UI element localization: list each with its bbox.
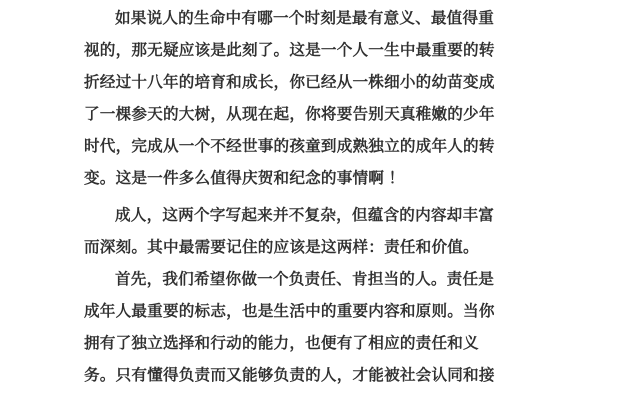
document-text-column: 如果说人的生命中有哪一个时刻是最有意义、最值得重视的，那无疑应该是此刻了。这是一… [84, 3, 524, 392]
text-line: 视的，那无疑应该是此刻了。这是一个人一生中最重要的转 [84, 35, 524, 67]
text-line: 折经过十八年的培育和成长，你已经从一株细小的幼苗变成 [84, 67, 524, 99]
document-page: 如果说人的生命中有哪一个时刻是最有意义、最值得重视的，那无疑应该是此刻了。这是一… [0, 0, 640, 400]
text-line: 首先，我们希望你做一个负责任、肯担当的人。责任是 [84, 264, 524, 296]
text-line: 成年人最重要的标志，也是生活中的重要内容和原则。当你 [84, 296, 524, 328]
text-line: 如果说人的生命中有哪一个时刻是最有意义、最值得重 [84, 3, 524, 35]
text-line: 成人，这两个字写起来并不复杂，但蕴含的内容却丰富 [84, 200, 524, 232]
paragraph: 首先，我们希望你做一个负责任、肯担当的人。责任是成年人最重要的标志，也是生活中的… [84, 264, 524, 392]
text-line: 而深刻。其中最需要记住的应该是这两样：责任和价值。 [84, 232, 524, 264]
text-line: 拥有了独立选择和行动的能力，也便有了相应的责任和义 [84, 328, 524, 360]
paragraph: 成人，这两个字写起来并不复杂，但蕴含的内容却丰富而深刻。其中最需要记住的应该是这… [84, 200, 524, 264]
text-line: 时代，完成从一个不经世事的孩童到成熟独立的成年人的转 [84, 131, 524, 163]
paragraph: 如果说人的生命中有哪一个时刻是最有意义、最值得重视的，那无疑应该是此刻了。这是一… [84, 3, 524, 195]
text-line: 务。只有懂得负责而又能够负责的人，才能被社会认同和接 [84, 360, 524, 392]
text-line: 了一棵参天的大树，从现在起，你将要告别天真稚嫩的少年 [84, 99, 524, 131]
text-line: 变。这是一件多么值得庆贺和纪念的事情啊 ！ [84, 163, 524, 195]
